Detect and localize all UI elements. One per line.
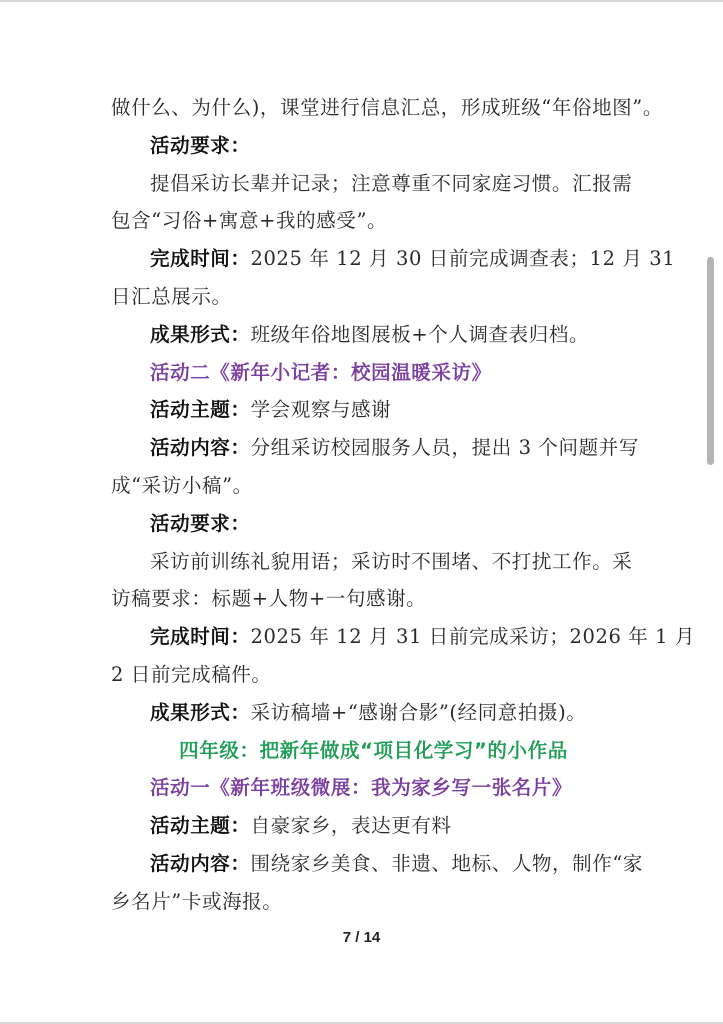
body-text: 2 日前完成稿件。	[111, 663, 272, 686]
body-line: 日汇总展示。	[111, 278, 616, 316]
body-text: 访稿要求：标题+人物+一句感谢。	[111, 587, 426, 610]
activity-heading: 活动二《新年小记者：校园温暖采访》	[111, 354, 616, 392]
body-line: 2 日前完成稿件。	[111, 656, 616, 694]
body-line: 包含“习俗+寓意+我的感受”。	[111, 202, 616, 240]
section-label-line: 活动要求：	[111, 127, 616, 165]
labeled-line: 活动主题：学会观察与感谢	[111, 391, 616, 429]
document-page-content: 做什么、为什么)，课堂进行信息汇总，形成班级“年俗地图”。 活动要求： 提倡采访…	[111, 89, 616, 921]
completion-time-label: 完成时间：	[150, 247, 251, 270]
body-text: 乡名片”卡或海报。	[111, 890, 282, 913]
grade-four-title: 四年级：把新年做成“项目化学习”的小作品	[179, 739, 568, 762]
activity-content-value: 分组采访校园服务人员，提出 3 个问题并写	[251, 436, 639, 459]
body-text: 提倡采访长辈并记录；注意尊重不同家庭习惯。汇报需	[150, 172, 632, 195]
labeled-line: 活动主题：自豪家乡，表达更有料	[111, 807, 616, 845]
body-text: 成“采访小稿”。	[111, 474, 253, 497]
activity-theme-label: 活动主题：	[150, 398, 251, 421]
activity-theme-value: 自豪家乡，表达更有料	[251, 814, 452, 837]
outcome-form-value: 班级年俗地图展板+个人调查表归档。	[251, 323, 590, 346]
vertical-scrollbar-thumb[interactable]	[707, 257, 714, 465]
top-edge-divider	[0, 0, 723, 2]
body-line: 采访前训练礼貌用语；采访时不围堵、不打扰工作。采	[111, 543, 616, 581]
labeled-line: 成果形式：采访稿墙+“感谢合影”(经同意拍摄)。	[111, 694, 616, 732]
outcome-form-label: 成果形式：	[150, 323, 251, 346]
activity-theme-value: 学会观察与感谢	[251, 398, 392, 421]
labeled-line: 成果形式：班级年俗地图展板+个人调查表归档。	[111, 316, 616, 354]
body-text: 包含“习俗+寓意+我的感受”。	[111, 209, 387, 232]
completion-time-value: 2025 年 12 月 31 日前完成采访；2026 年 1 月	[251, 625, 696, 648]
outcome-form-label: 成果形式：	[150, 701, 251, 724]
completion-time-label: 完成时间：	[150, 625, 251, 648]
labeled-line: 活动内容：围绕家乡美食、非遗、地标、人物，制作“家	[111, 845, 616, 883]
activity-requirements-label: 活动要求：	[150, 134, 251, 157]
activity-one-title: 活动一《新年班级微展：我为家乡写一张名片》	[150, 776, 572, 799]
page-number: 7 / 14	[0, 929, 723, 946]
section-label-line: 活动要求：	[111, 505, 616, 543]
body-line: 成“采访小稿”。	[111, 467, 616, 505]
outcome-form-value: 采访稿墙+“感谢合影”(经同意拍摄)。	[251, 701, 587, 724]
body-line: 做什么、为什么)，课堂进行信息汇总，形成班级“年俗地图”。	[111, 89, 616, 127]
activity-content-label: 活动内容：	[150, 852, 251, 875]
completion-time-value: 2025 年 12 月 30 日前完成调查表；12 月 31	[251, 247, 676, 270]
labeled-line: 完成时间：2025 年 12 月 31 日前完成采访；2026 年 1 月	[111, 618, 616, 656]
body-line: 提倡采访长辈并记录；注意尊重不同家庭习惯。汇报需	[111, 165, 616, 203]
labeled-line: 完成时间：2025 年 12 月 30 日前完成调查表；12 月 31	[111, 240, 616, 278]
body-line: 访稿要求：标题+人物+一句感谢。	[111, 580, 616, 618]
activity-heading: 活动一《新年班级微展：我为家乡写一张名片》	[111, 769, 616, 807]
grade-four-heading: 四年级：把新年做成“项目化学习”的小作品	[111, 732, 616, 770]
body-text: 做什么、为什么)，课堂进行信息汇总，形成班级“年俗地图”。	[111, 96, 663, 119]
activity-content-value: 围绕家乡美食、非遗、地标、人物，制作“家	[251, 852, 643, 875]
body-text: 采访前训练礼貌用语；采访时不围堵、不打扰工作。采	[150, 550, 632, 573]
activity-content-label: 活动内容：	[150, 436, 251, 459]
labeled-line: 活动内容：分组采访校园服务人员，提出 3 个问题并写	[111, 429, 616, 467]
activity-theme-label: 活动主题：	[150, 814, 251, 837]
activity-two-title: 活动二《新年小记者：校园温暖采访》	[150, 361, 492, 384]
body-text: 日汇总展示。	[111, 285, 232, 308]
activity-requirements-label: 活动要求：	[150, 512, 251, 535]
body-line: 乡名片”卡或海报。	[111, 883, 616, 921]
